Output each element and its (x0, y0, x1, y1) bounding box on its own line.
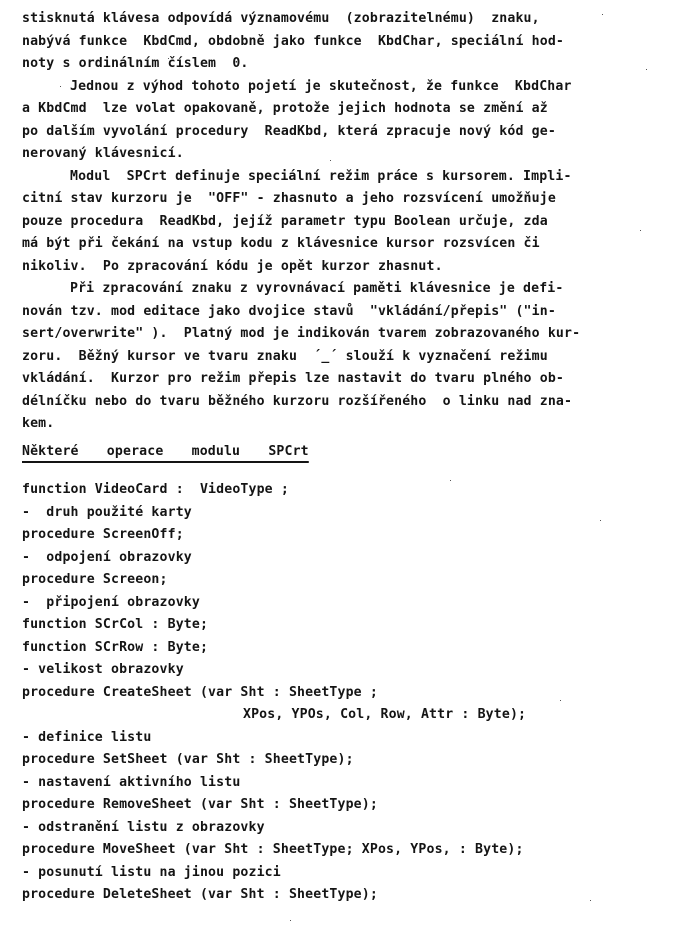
paragraph-1-line-3: nerovaný klávesnicí. (22, 146, 184, 162)
paragraph-1-line-0: Jednou z výhod tohoto pojetí je skutečno… (70, 79, 572, 95)
paragraph-1-line-2: po dalším vyvolání procedury ReadKbd, kt… (22, 124, 556, 140)
paragraph-2-line-2: pouze procedura ReadKbd, jejíž parametr … (22, 214, 548, 230)
scan-speck (600, 520, 601, 521)
code-line-11: - definice listu (22, 730, 151, 746)
paragraph-3-line-0: Při zpracování znaku z vyrovnávací pamět… (70, 281, 563, 297)
code-line-7: function SCrRow : Byte; (22, 640, 208, 656)
code-line-1: - druh použité karty (22, 505, 192, 521)
paragraph-0-line-0: stisknutá klávesa odpovídá významovému (… (22, 11, 540, 27)
scanned-document-page: stisknutá klávesa odpovídá významovému (… (0, 0, 687, 927)
code-line-0: function VideoCard : VideoType ; (22, 482, 289, 498)
scan-speck (646, 69, 647, 70)
paragraph-2-line-4: nikoliv. Po zpracování kódu je opět kurz… (22, 259, 443, 275)
paragraph-3-line-3: zoru. Běžný kursor ve tvaru znaku ´_´ sl… (22, 349, 548, 365)
paragraph-2-line-1: citní stav kurzoru je "OFF" - zhasnuto a… (22, 191, 556, 207)
code-line-17: - posunutí listu na jinou pozici (22, 865, 281, 881)
code-line-3: - odpojení obrazovky (22, 550, 192, 566)
paragraph-1-line-1: a KbdCmd lze volat opakovaně, protože je… (22, 101, 548, 117)
scan-speck (560, 700, 561, 701)
code-line-13: - nastavení aktivního listu (22, 775, 240, 791)
code-line-5: - připojení obrazovky (22, 595, 200, 611)
code-line-14: procedure RemoveSheet (var Sht : SheetTy… (22, 797, 378, 813)
code-line-18: procedure DeleteSheet (var Sht : SheetTy… (22, 887, 378, 903)
code-line-15: - odstranění listu z obrazovky (22, 820, 265, 836)
paragraph-2-line-3: má být při čekání na vstup kodu z kláves… (22, 236, 540, 252)
paragraph-2-line-0: Modul SPCrt definuje speciální režim prá… (70, 169, 572, 185)
paragraph-3-line-2: sert/overwrite" ). Platný mod je indikov… (22, 326, 580, 342)
code-line-16: procedure MoveSheet (var Sht : SheetType… (22, 842, 524, 858)
paragraph-3-line-6: kem. (22, 416, 54, 432)
code-line-9: procedure CreateSheet (var Sht : SheetTy… (22, 685, 378, 701)
scan-speck (290, 920, 291, 921)
paragraph-3-line-5: délníčku nebo do tvaru běžného kurzoru r… (22, 394, 572, 410)
scan-speck (168, 58, 169, 59)
code-line-12: procedure SetSheet (var Sht : SheetType)… (22, 752, 354, 768)
scan-speck (60, 86, 61, 87)
scan-speck (602, 14, 603, 15)
paragraph-3-line-4: vkládání. Kurzor pro režim přepis lze na… (22, 371, 564, 387)
code-line-6: function SCrCol : Byte; (22, 617, 208, 633)
scan-speck (450, 480, 451, 481)
scan-speck (640, 230, 641, 231)
code-line-10: XPos, YPOs, Col, Row, Attr : Byte); (243, 707, 526, 723)
code-line-2: procedure ScreenOff; (22, 527, 184, 543)
paragraph-0-line-1: nabývá funkce KbdCmd, obdobně jako funkc… (22, 34, 564, 50)
section-heading: Některé operace modulu SPCrt (22, 444, 309, 460)
scan-speck (330, 160, 331, 161)
paragraph-3-line-1: nován tzv. mod editace jako dvojice stav… (22, 304, 556, 320)
code-line-8: - velikost obrazovky (22, 662, 184, 678)
code-line-4: procedure Screeon; (22, 572, 168, 588)
paragraph-0-line-2: noty s ordinálním číslem 0. (22, 56, 249, 72)
scan-speck (590, 900, 591, 901)
